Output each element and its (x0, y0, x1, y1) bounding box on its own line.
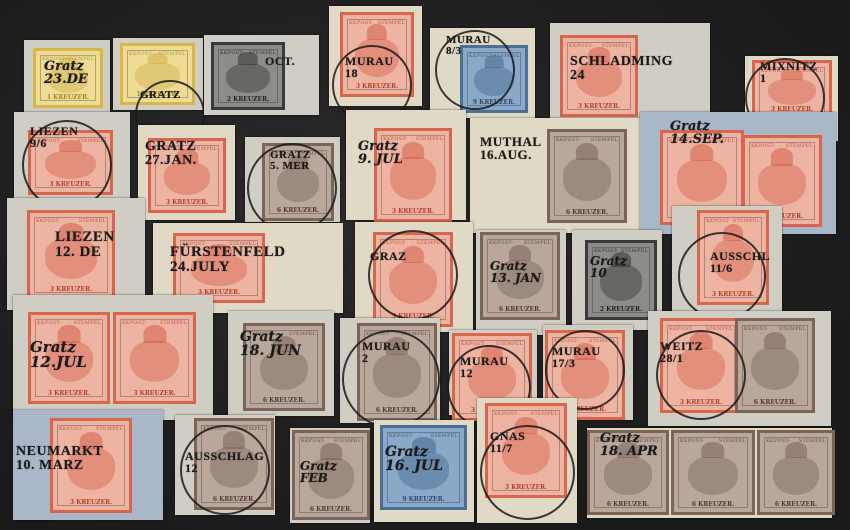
crown-icon (143, 325, 166, 342)
crown-icon (509, 245, 531, 261)
circular-postmark (435, 30, 515, 110)
eagle-icon (45, 341, 94, 382)
crown-icon (764, 332, 786, 350)
stamp-value: 2 KREUZER. (220, 96, 276, 103)
stamp-value: 1 KREUZER. (42, 94, 94, 101)
stamp-red: KKPOST-STEMPEL 3 KREUZER. (27, 210, 115, 300)
stamp-brown: KKPOST-STEMPEL 6 KREUZER. (292, 430, 370, 520)
stamp-brown: KKPOST-STEMPEL 6 KREUZER. (480, 232, 560, 320)
crown-icon (617, 442, 640, 458)
circular-postmark (247, 143, 337, 233)
eagle-icon (688, 457, 738, 495)
circular-postmark (656, 330, 746, 420)
stamp-value: 3 KREUZER. (122, 390, 187, 397)
eagle-icon (600, 265, 642, 301)
stamp-value: 6 KREUZER. (766, 501, 826, 508)
crown-icon (411, 437, 435, 453)
stamp-brown: KKPOST-STEMPEL 6 KREUZER. (587, 430, 669, 515)
eagle-icon (604, 457, 653, 495)
stamp-value: 6 KREUZER. (680, 501, 746, 508)
eagle-icon (45, 238, 98, 278)
eagle-icon (130, 341, 179, 382)
eagle-icon (390, 157, 436, 199)
stamp-value: 6 KREUZER. (744, 399, 806, 406)
crown-icon (273, 336, 296, 352)
eagle-icon (191, 255, 246, 286)
stamp-value: 6 KREUZER. (301, 506, 361, 513)
crown-icon (701, 442, 724, 458)
stamp-value: 6 KREUZER. (596, 501, 660, 508)
stamp-red: KKPOST-STEMPEL 3 KREUZER. (560, 35, 638, 117)
stamp-red: KKPOST-STEMPEL 3 KREUZER. (173, 233, 265, 303)
crown-icon (238, 52, 258, 64)
stamp-brown: KKPOST-STEMPEL 6 KREUZER. (243, 323, 325, 411)
stamp-value: 3 KREUZER. (157, 199, 217, 206)
circular-postmark (342, 330, 440, 428)
stamp-brown: KKPOST-STEMPEL 6 KREUZER. (671, 430, 755, 515)
stamp-black: KKPOST-STEMPEL 2 KREUZER. (585, 240, 657, 320)
circular-postmark (22, 120, 112, 210)
stamp-brown: KKPOST-STEMPEL 6 KREUZER. (547, 129, 627, 223)
eagle-icon (773, 457, 819, 495)
crown-icon (58, 325, 81, 342)
stamp-blue: KKPOST-STEMPEL 9 KREUZER. (380, 425, 467, 510)
crown-icon (367, 24, 387, 40)
crown-icon (771, 148, 793, 165)
eagle-icon (563, 158, 610, 200)
circular-postmark (678, 232, 766, 320)
circular-postmark (368, 230, 458, 320)
stamp-red: KKPOST-STEMPEL 3 KREUZER. (50, 418, 132, 513)
eagle-icon (164, 162, 210, 195)
circular-postmark (180, 425, 270, 515)
circular-postmark (480, 425, 575, 520)
stamp-value: 3 KREUZER. (383, 208, 443, 215)
eagle-icon (496, 260, 543, 299)
crown-icon (176, 149, 198, 163)
stamp-red: KKPOST-STEMPEL 3 KREUZER. (374, 128, 452, 222)
stamp-yellow: KKPOST-STEMPEL 1 KREUZER. (33, 48, 103, 108)
stamp-red: KKPOST-STEMPEL 3 KREUZER. (113, 312, 196, 404)
eagle-icon (308, 458, 354, 498)
stamp-value: 3 KREUZER. (36, 286, 106, 293)
stamp-black: KKPOST-STEMPEL 2 KREUZER. (211, 42, 285, 110)
stamp-brown: KKPOST-STEMPEL 6 KREUZER. (757, 430, 835, 515)
stamp-value: 6 KREUZER. (556, 209, 618, 216)
eagle-icon (751, 348, 798, 391)
stamp-value: 9 KREUZER. (389, 496, 458, 503)
stamp-value: 3 KREUZER. (37, 390, 101, 397)
stamp-value: 6 KREUZER. (252, 397, 316, 404)
crown-icon (80, 432, 103, 450)
crown-icon (690, 144, 713, 162)
stamp-brown: KKPOST-STEMPEL 6 KREUZER. (735, 318, 815, 413)
stamp-red: KKPOST-STEMPEL 3 KREUZER. (148, 138, 226, 213)
stamp-value: 2 KREUZER. (594, 306, 648, 313)
stamp-value: 3 KREUZER. (59, 499, 123, 506)
eagle-icon (758, 164, 805, 205)
eagle-icon (398, 452, 450, 490)
crown-icon (785, 442, 807, 458)
stamp-value: 3 KREUZER. (569, 103, 629, 110)
eagle-icon (260, 351, 309, 390)
stamp-value: 6 KREUZER. (489, 306, 551, 313)
stamp-red: KKPOST-STEMPEL 3 KREUZER. (28, 312, 110, 404)
